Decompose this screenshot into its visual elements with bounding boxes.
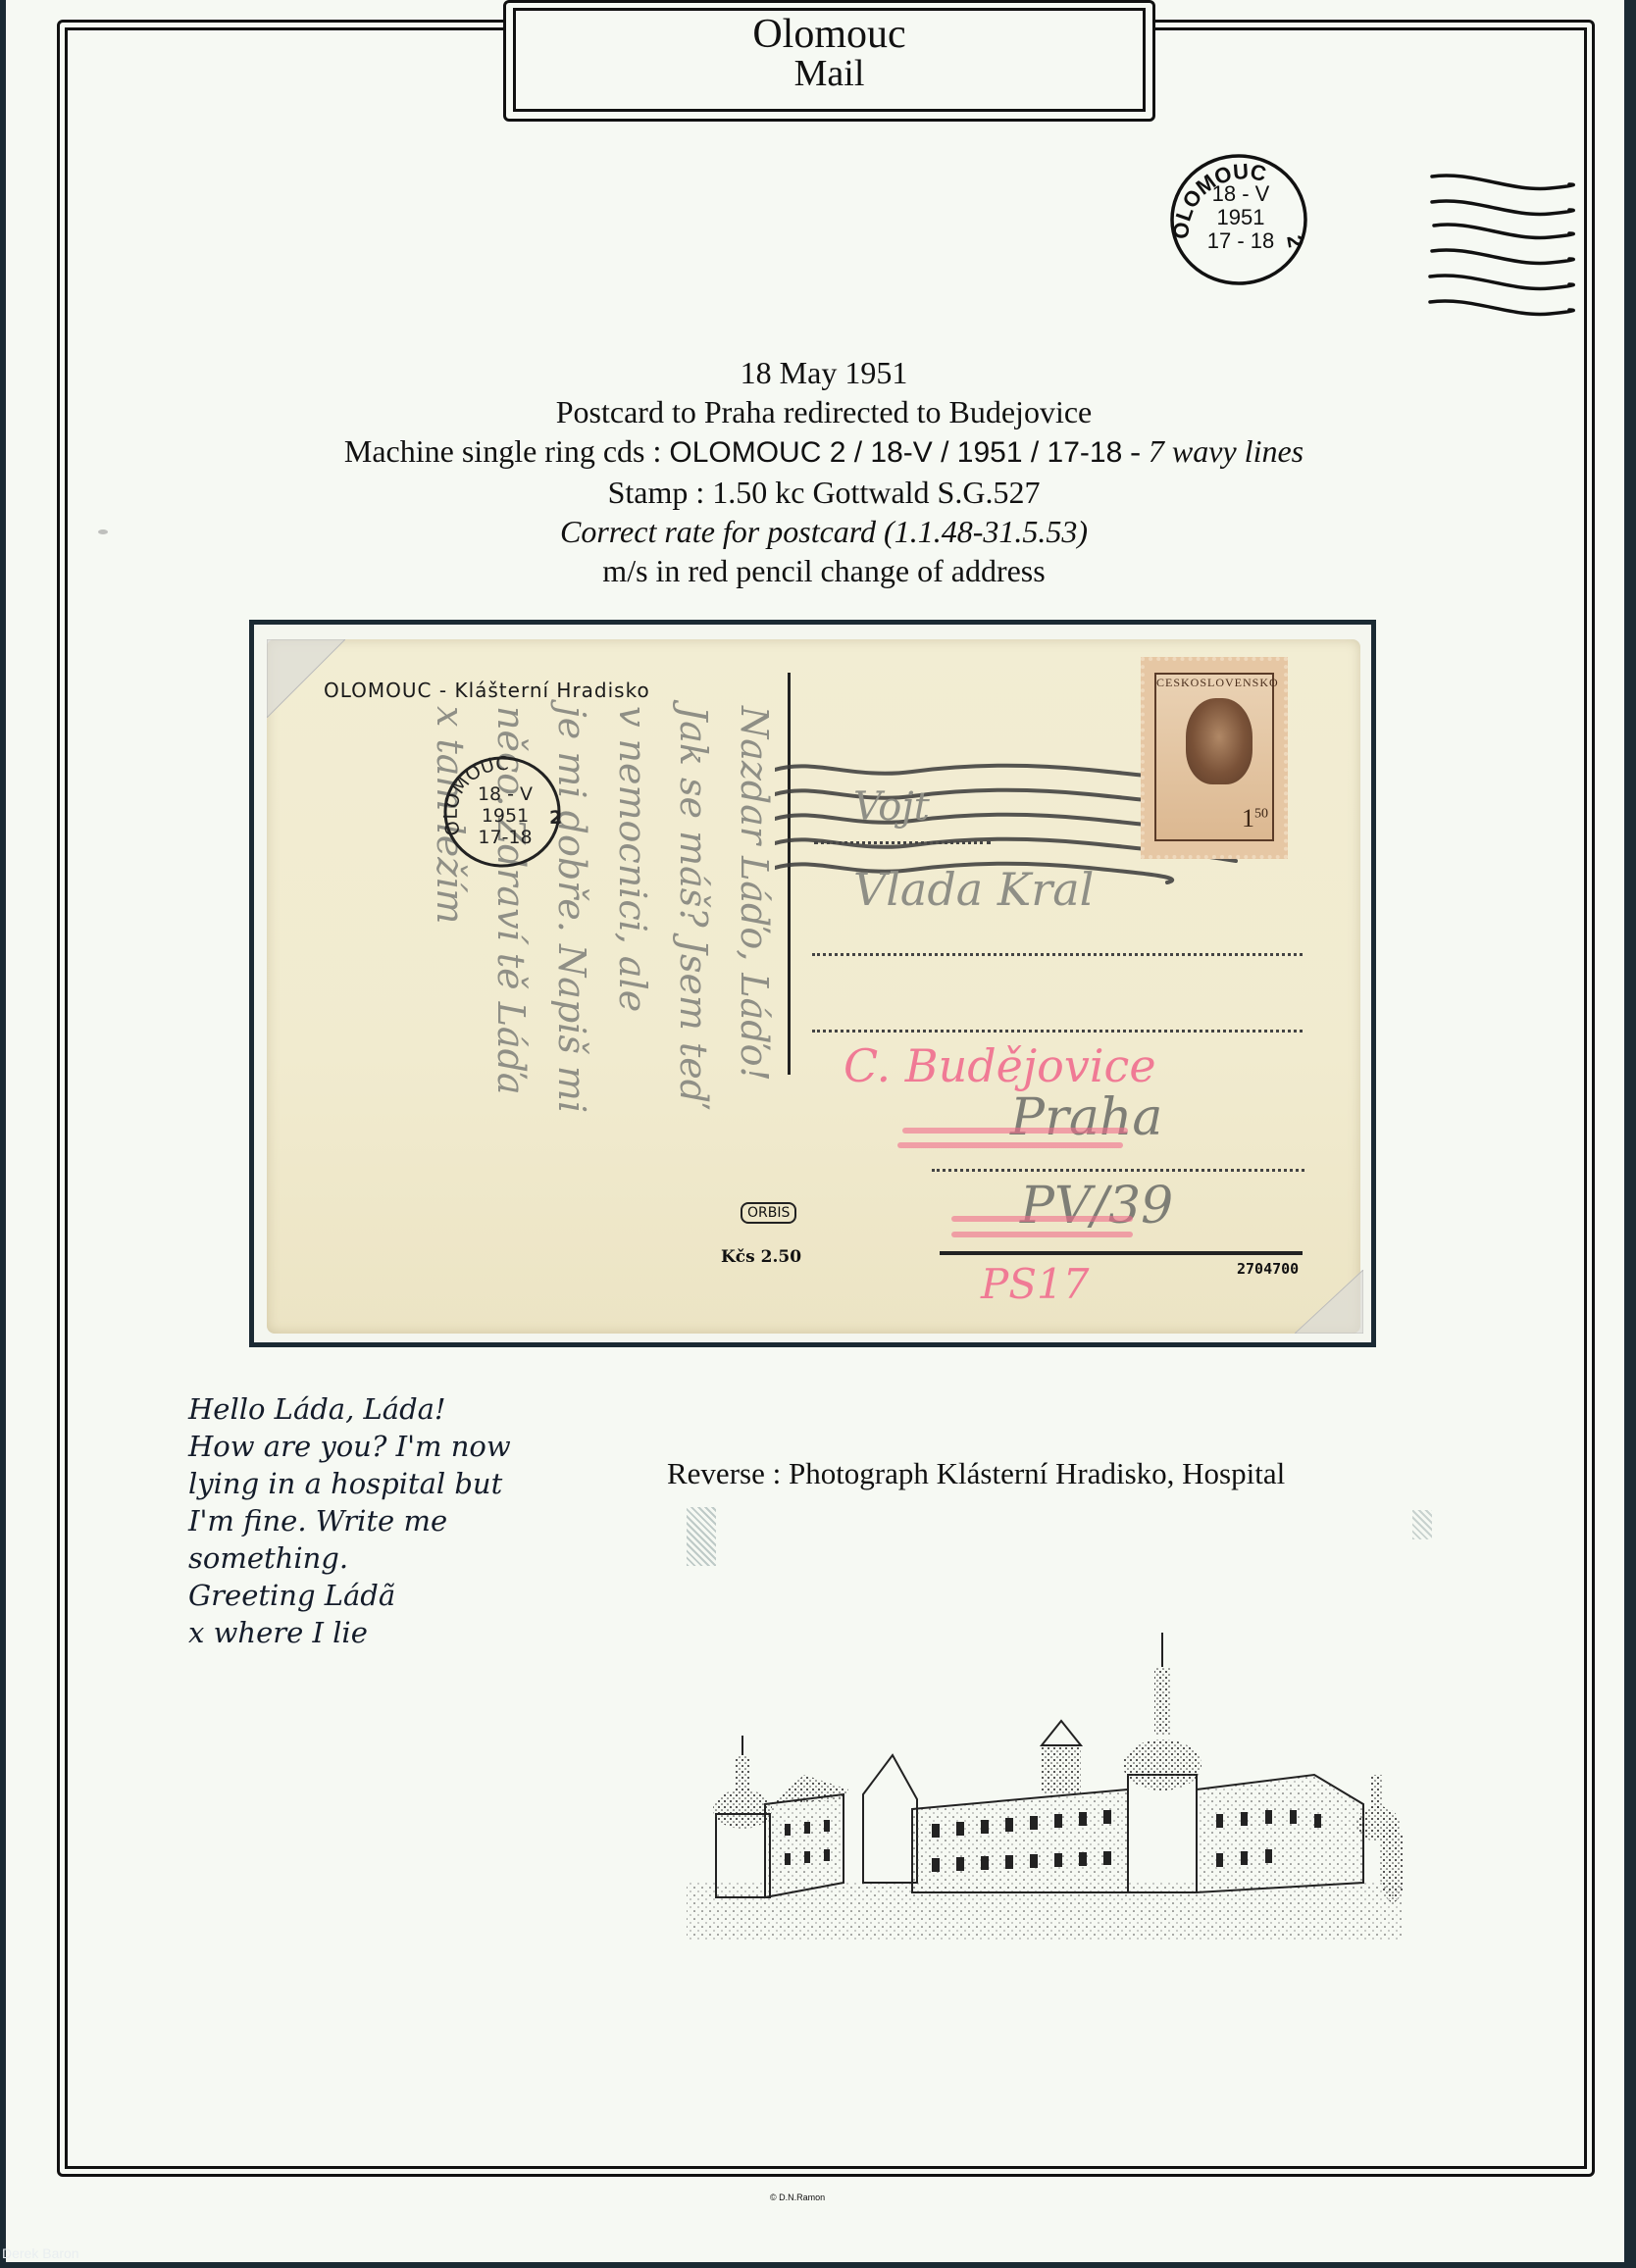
cancel-text: OLOMOUC 2 / 18-V / 1951 / 17-18 [669,436,1122,469]
postcard-postmark: OLOMOUC 2 18 - V 1951 17-18 [441,755,569,873]
message-line: Jak se máš? Jsem teď [663,706,724,1255]
address-dotted-line [932,1169,1304,1172]
photo-corner-icon [1295,1270,1363,1334]
svg-text:2: 2 [549,807,562,829]
cover-date: 18 May 1951 [118,353,1530,392]
cancel-suffix: - 7 wavy lines [1130,433,1304,469]
address-line-name: Vojt [853,784,930,830]
translation-line: x where I lie [188,1614,511,1651]
translation-line: lying in a hospital but [188,1465,511,1502]
redirected-address: C. Budějovice [844,1039,1156,1092]
publisher-logo: ORBIS [741,1202,796,1224]
struck-city: Praha [1010,1088,1162,1147]
scan-speckle [1412,1510,1432,1539]
stamp-value-main: 1 [1242,804,1254,832]
hospital-building-illustration [677,1618,1403,1956]
copyright-notice: © D.N.Ramon [770,2192,825,2202]
portrait-icon [1186,698,1253,784]
scan-edge-left [0,0,6,2268]
translation-line: I'm fine. Write me [188,1502,511,1539]
watermark: Derek Baron [2,2245,79,2261]
address-dotted-line [812,1030,1303,1033]
postcard-cds-year: 1951 [471,806,539,826]
scan-speckle [687,1507,716,1566]
scan-edge-bottom [0,2262,1636,2268]
postcard-serial: 2704700 [1237,1260,1299,1278]
struck-code: PV/39 [1020,1177,1173,1235]
cancel-description: Machine single ring cds : OLOMOUC 2 / 18… [118,431,1530,473]
manuscript-note: m/s in red pencil change of address [118,551,1530,590]
red-strike [951,1232,1133,1237]
page-title-box: Olomouc Mail [503,0,1155,122]
postcard-cds-time: 17-18 [471,828,539,847]
svg-text:2: 2 [1282,233,1308,249]
address-dotted-line [814,841,991,844]
postcard-price: Kčs 2.50 [721,1247,801,1267]
translation-line: How are you? I'm now [188,1428,511,1465]
rate-description: Correct rate for postcard (1.1.48-31.5.5… [118,512,1530,551]
stamp-value: 150 [1242,804,1268,833]
address-underline [940,1251,1303,1255]
red-strike [902,1128,1128,1134]
stamp-value-sup: 50 [1254,806,1268,821]
message-line: v nemocnici, ale [602,706,663,1255]
postage-stamp: CESKOSLOVENSKO 150 [1141,657,1288,859]
page-subtitle: Mail [506,54,1152,93]
cds-date: 18 - V [1197,182,1285,206]
scan-edge-right [1624,0,1636,2268]
translation-line: Greeting Ládã [188,1577,511,1614]
stamp-country: CESKOSLOVENSKO [1156,676,1272,690]
description-block: 18 May 1951 Postcard to Praha redirected… [118,353,1530,590]
cds-time: 17 - 18 [1197,229,1285,253]
scan-speck [98,529,108,534]
cancel-prefix: Machine single ring cds : [344,433,661,469]
red-strike [897,1142,1123,1148]
cover-route: Postcard to Praha redirected to Budejovi… [118,392,1530,431]
stamp-frame: CESKOSLOVENSKO 150 [1154,673,1274,841]
stamp-description: Stamp : 1.50 kc Gottwald S.G.527 [118,473,1530,512]
red-strike [951,1216,1133,1222]
cancel-illustration: OLOMOUC 2 18 - V 1951 17 - 18 [1138,145,1589,322]
postcard-heading: OLOMOUC - Klášterní Hradisko [324,679,650,702]
postcard-cds-date: 18 - V [471,784,539,804]
page-title: Olomouc [506,13,1152,56]
reverse-caption: Reverse : Photograph Klásterní Hradisko,… [667,1456,1285,1491]
message-translation: Hello Láda, Láda! How are you? I'm now l… [188,1390,511,1651]
translation-line: something. [188,1539,511,1577]
address-dotted-line [812,953,1303,956]
cds-year: 1951 [1197,206,1285,229]
address-line-street: Vlada Kral [853,863,1094,916]
translation-line: Hello Láda, Láda! [188,1390,511,1428]
red-pencil-code: PS17 [981,1260,1089,1308]
